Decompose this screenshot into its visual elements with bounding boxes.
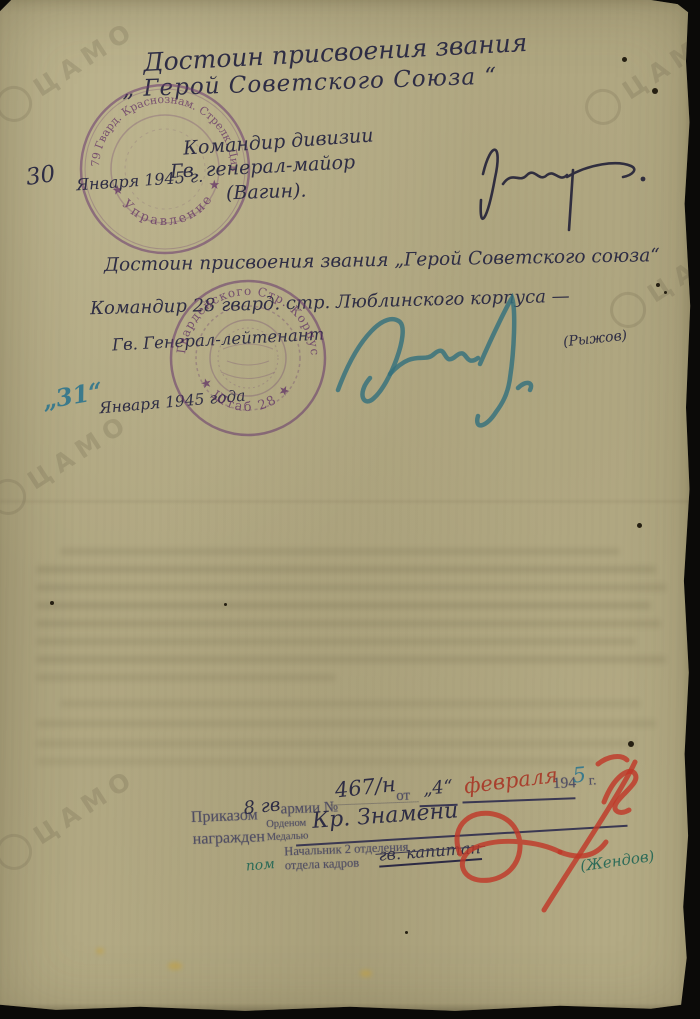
corps-stamp-bottom-text: ★ Штаб 28 ★	[196, 375, 295, 415]
paper-stain	[360, 970, 372, 977]
order-otdel: отдела кадров	[285, 856, 360, 874]
paper-stain	[168, 962, 182, 970]
bleed-line	[60, 700, 640, 707]
order-nagrazhden: награжден	[192, 828, 265, 849]
bleed-line	[36, 720, 656, 727]
bleed-line	[36, 740, 636, 747]
signature-ryzhov	[328, 292, 576, 442]
bleed-line	[36, 566, 656, 573]
order-pom-handwritten: пом	[245, 856, 275, 875]
signature-vagin	[455, 126, 655, 238]
paper-sheet: ЦАМО ЦАМО ЦАМО ЦАМО ЦАМО Достоин присвое…	[0, 0, 700, 1019]
endorsement2-date-day: „31“	[40, 376, 105, 415]
paper-crease	[0, 500, 700, 503]
archive-watermark: ЦАМО	[0, 404, 138, 522]
bleed-line	[36, 584, 666, 591]
signature-red-pencil	[428, 748, 660, 920]
paper-stain	[96, 948, 104, 954]
archive-watermark: ЦАМО	[578, 14, 700, 132]
endorsement1-date-day: 30	[24, 161, 57, 191]
bleed-line	[36, 620, 661, 627]
watermark-emblem-icon	[578, 82, 628, 132]
order-army-handwritten: 8 гв	[243, 794, 282, 819]
order-number: 467/н	[334, 772, 397, 802]
bleed-line	[36, 602, 651, 609]
scanned-document: ЦАМО ЦАМО ЦАМО ЦАМО ЦАМО Достоин присвое…	[0, 0, 700, 1019]
paper-speck	[628, 741, 634, 747]
paper-speck	[405, 931, 408, 934]
bleed-line	[36, 656, 666, 663]
bleed-line	[36, 674, 336, 681]
paper-speck	[664, 291, 667, 294]
watermark-text: ЦАМО	[22, 407, 136, 495]
paper-speck	[622, 57, 627, 62]
corps-stamp: Гвардейского Стр. Корпуса ★ Штаб 28 ★	[167, 277, 329, 439]
bleed-line	[36, 638, 636, 645]
order-medalyu: Медалью	[267, 830, 309, 843]
archive-watermark: ЦАМО	[0, 759, 144, 877]
watermark-emblem-icon	[0, 79, 39, 129]
watermark-emblem-icon	[0, 827, 39, 877]
paper-speck	[637, 523, 642, 528]
watermark-text: ЦАМО	[617, 17, 700, 105]
watermark-emblem-icon	[0, 472, 33, 522]
watermark-text: ЦАМО	[28, 762, 142, 850]
watermark-emblem-icon	[603, 285, 653, 335]
paper-speck	[652, 88, 658, 94]
paper-speck	[50, 601, 54, 605]
endorsement1-name: (Вагин).	[226, 180, 307, 205]
paper-speck	[656, 283, 660, 287]
order-ordenom: Орденом	[266, 818, 306, 831]
paper-speck	[224, 603, 227, 606]
svg-text:★ Штаб 28 ★: ★ Штаб 28 ★	[196, 375, 295, 415]
bleed-line	[60, 548, 620, 555]
